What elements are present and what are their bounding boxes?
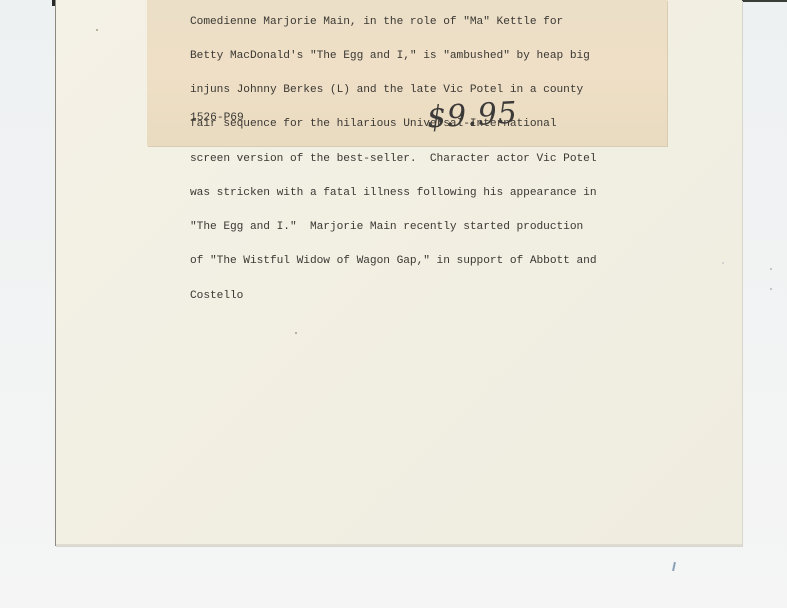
caption-line-3: injuns Johnny Berkes (L) and the late Vi…	[190, 85, 596, 96]
caption-line-8: of "The Wistful Widow of Wagon Gap," in …	[190, 256, 596, 267]
paper-speck	[96, 29, 98, 31]
caption-text: Comedienne Marjorie Main, in the role of…	[190, 0, 596, 325]
scanner-speck	[770, 268, 772, 270]
caption-line-7: "The Egg and I." Marjorie Main recently …	[190, 222, 596, 233]
caption-slip: Comedienne Marjorie Main, in the role of…	[147, 0, 667, 146]
handwritten-price: $9.95	[426, 96, 519, 136]
paper-speck	[295, 332, 297, 334]
caption-line-6: was stricken with a fatal illness follow…	[190, 188, 596, 199]
caption-line-5: screen version of the best-seller. Chara…	[190, 154, 596, 165]
caption-line-1: Comedienne Marjorie Main, in the role of…	[190, 17, 596, 28]
scanner-speck	[770, 288, 772, 290]
scanner-speck	[722, 262, 724, 264]
caption-line-4: fair sequence for the hilarious Universa…	[190, 119, 596, 130]
caption-line-9: Costello	[190, 291, 596, 302]
scan-edge-shadow	[740, 0, 787, 2]
caption-line-2: Betty MacDonald's "The Egg and I," is "a…	[190, 51, 596, 62]
catalog-number: 1526-P69	[190, 112, 244, 124]
